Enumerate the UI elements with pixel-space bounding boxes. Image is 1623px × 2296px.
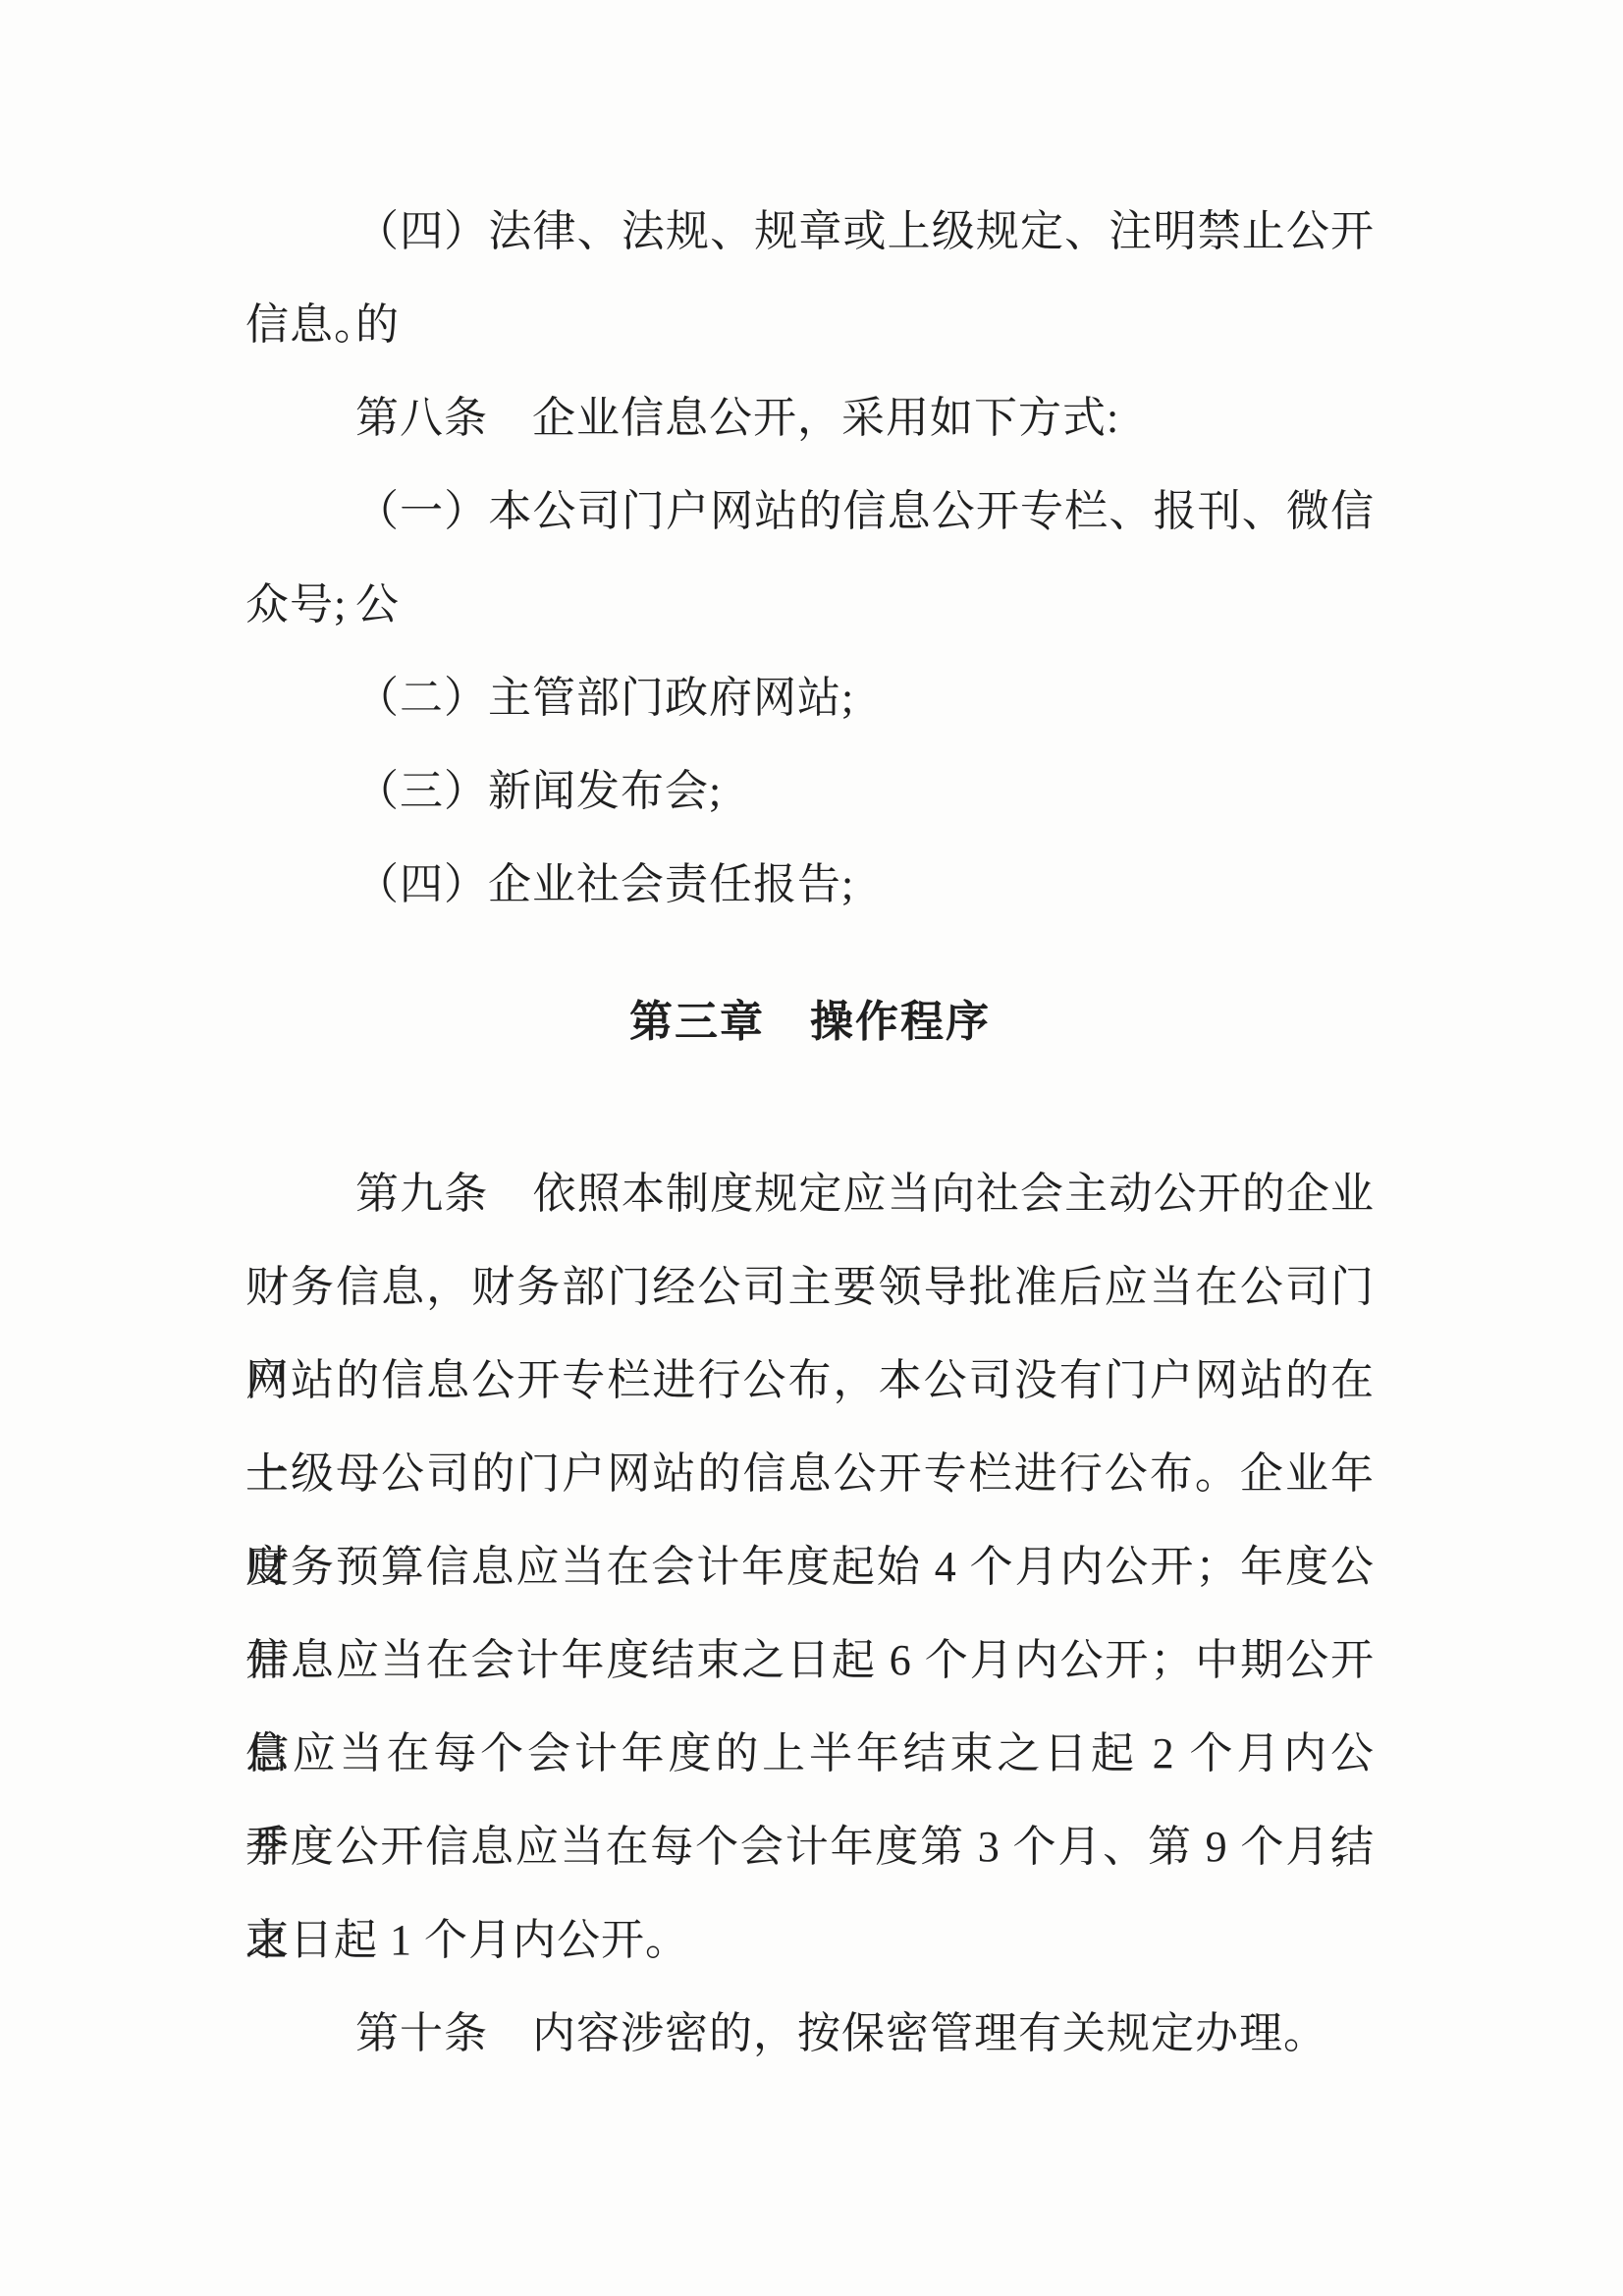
- text-line: （三）新闻发布会;: [245, 744, 1375, 838]
- text-line: （四）法律、法规、规章或上级规定、注明禁止公开的: [245, 185, 1375, 278]
- chapter-heading: 第三章 操作程序: [245, 975, 1375, 1068]
- text-line: 众号;: [245, 558, 1375, 651]
- text-line: 第十条 内容涉密的，按保密管理有关规定办理。: [245, 1987, 1375, 2080]
- text-line: 财务信息，财务部门经公司主要领导批准后应当在公司门户: [245, 1240, 1375, 1334]
- text-line: 季度公开信息应当在每个会计年度第 3 个月、第 9 个月结束: [245, 1800, 1375, 1893]
- document-body: （四）法律、法规、规章或上级规定、注明禁止公开的信息。第八条 企业信息公开，采用…: [245, 185, 1375, 2080]
- text-line: 第八条 企业信息公开，采用如下方式:: [245, 371, 1375, 465]
- text-line: （一）本公司门户网站的信息公开专栏、报刊、微信公: [245, 465, 1375, 558]
- text-line: （四）企业社会责任报告;: [245, 838, 1375, 931]
- text-line: 财务预算信息应当在会计年度起始 4 个月内公开；年度公开: [245, 1520, 1375, 1613]
- document-page: （四）法律、法规、规章或上级规定、注明禁止公开的信息。第八条 企业信息公开，采用…: [0, 0, 1623, 2296]
- text-line: 网站的信息公开专栏进行公布，本公司没有门户网站的在上: [245, 1334, 1375, 1427]
- text-line: 之日起 1 个月内公开。: [245, 1893, 1375, 1987]
- text-line: 信息应当在会计年度结束之日起 6 个月内公开；中期公开信: [245, 1613, 1375, 1707]
- text-line: （二）主管部门政府网站;: [245, 651, 1375, 744]
- text-line: 信息。: [245, 278, 1375, 371]
- text-line: 第九条 依照本制度规定应当向社会主动公开的企业: [245, 1147, 1375, 1240]
- text-line: 息应当在每个会计年度的上半年结束之日起 2 个月内公开；: [245, 1707, 1375, 1800]
- text-line: 一级母公司的门户网站的信息公开专栏进行公布。企业年度: [245, 1427, 1375, 1520]
